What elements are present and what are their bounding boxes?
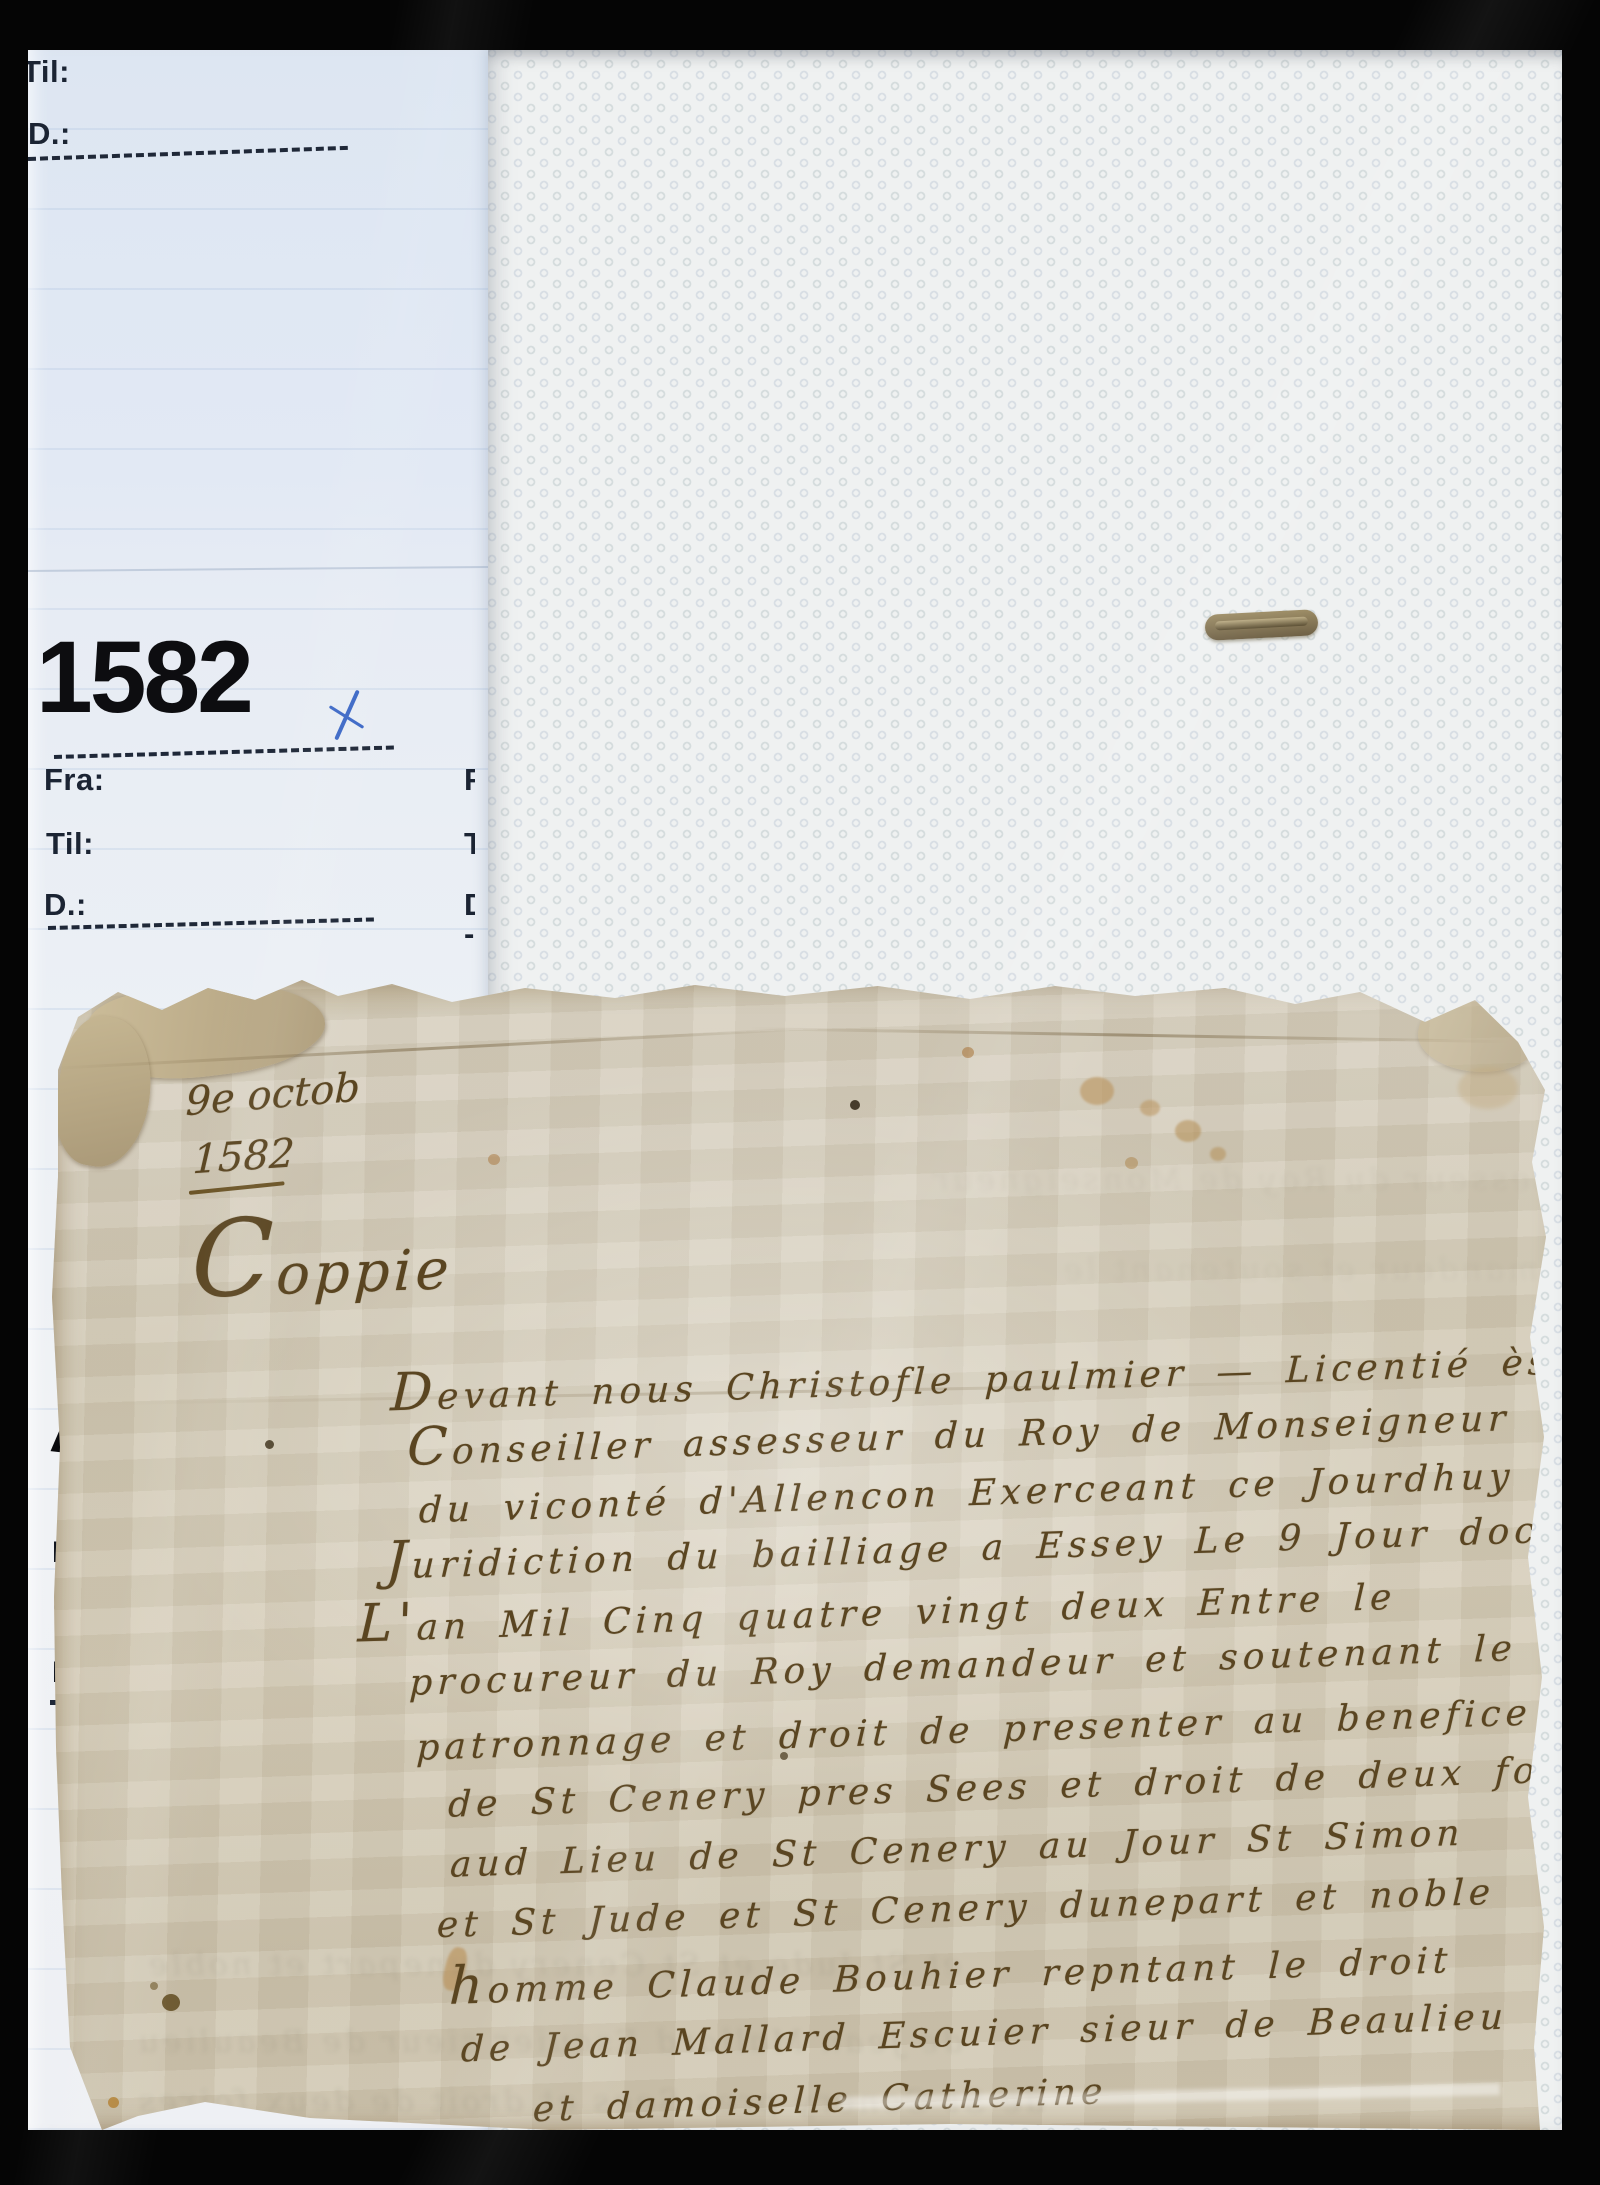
corner-date-line1: 9e octob — [185, 1065, 360, 1126]
printed-year-1582: 1582 — [36, 626, 251, 728]
dashed-rule-top — [28, 146, 348, 161]
form-section-divider — [28, 566, 488, 572]
form-til-label-top: Til: — [28, 54, 70, 90]
parchment-manuscript: et St Jude et St Cenery dunepart et nobl… — [50, 972, 1562, 2130]
peek-dash: - — [464, 916, 474, 952]
handwriting-layer: 9e octob 1582 Coppie Devant nous Christo… — [110, 1028, 1544, 2171]
manuscript-line: de Jean Mallard Escuier sieur de Beaulie… — [460, 1997, 1509, 2071]
dashed-rule-entry-top — [54, 746, 394, 759]
scanned-archive-page: Til: D.: 1582 Fra: Til: D.: F T D - Fr T… — [0, 0, 1600, 2185]
form-d-label: D.: — [44, 887, 87, 923]
manuscript-line: aud Lieu de St Cenery au Jour St Simon — [449, 1813, 1465, 1886]
manuscript-line: et St Jude et St Cenery dunepart et nobl… — [436, 1872, 1496, 1946]
peek-til-initial: T — [464, 826, 475, 862]
manuscript-title: Coppie — [190, 1221, 455, 1310]
manuscript-line: homme Claude Bouhier repntant le droit — [448, 1940, 1453, 2013]
form-fra-label: Fra: — [44, 762, 105, 798]
staple-left-icon — [1204, 609, 1318, 641]
peek-fra-initial: F — [464, 762, 475, 798]
stain — [108, 2097, 119, 2108]
dashed-rule-entry-bottom — [48, 917, 374, 930]
corner-date-line2: 1582 — [192, 1130, 296, 1183]
date-underline — [189, 1181, 285, 1195]
form-d-label-top: D.: — [28, 116, 71, 152]
form-til-label: Til: — [46, 826, 94, 862]
blue-x-mark — [326, 688, 366, 742]
